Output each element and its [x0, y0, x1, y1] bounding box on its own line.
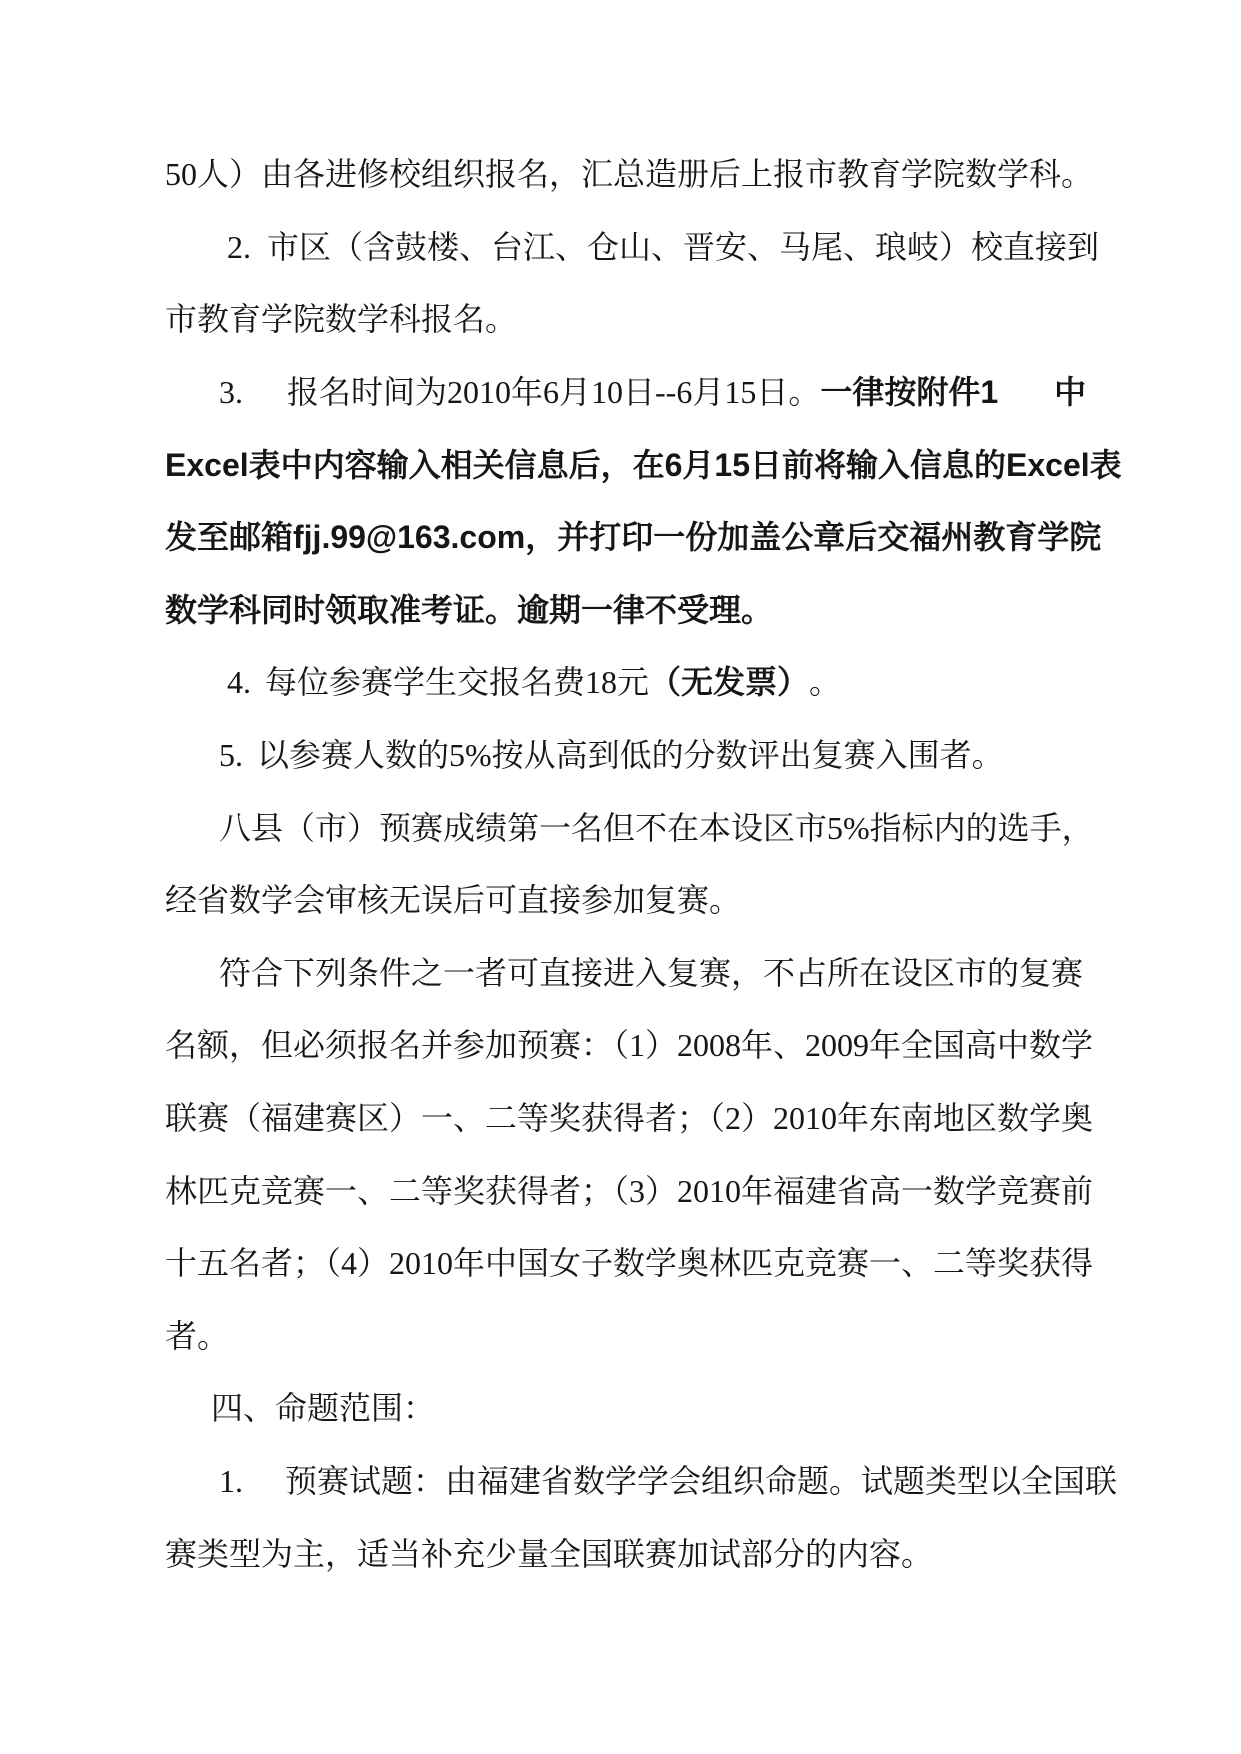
text-segment: 1. [219, 1465, 243, 1497]
text-line: 4.每位参赛学生交报名费18元（无发票）。 [165, 646, 1095, 719]
text-line: 符合下列条件之一者可直接进入复赛，不占所在设区市的复赛 [165, 937, 1095, 1010]
text-line: 数学科同时领取准考证。逾期一律不受理。 [165, 574, 1095, 647]
text-segment: 预赛试题：由福建省数学学会组织命题。试题类型以全国联 [285, 1465, 1117, 1497]
text-line: 八县（市）预赛成绩第一名但不在本设区市5%指标内的选手， [165, 791, 1095, 864]
text-segment: 符合下列条件之一者可直接进入复赛，不占所在设区市的复赛 [219, 957, 1083, 989]
text-segment: 以参赛人数的5%按从高到低的分数评出复赛入围者。 [257, 739, 1004, 771]
text-segment: 2. [227, 231, 251, 263]
text-line: Excel表中内容输入相关信息后，在6月15日前将输入信息的Excel表 [165, 428, 1095, 501]
text-segment: 赛类型为主，适当补充少量全国联赛加试部分的内容。 [165, 1538, 933, 1570]
text-segment: 十五名者；（4）2010年中国女子数学奥林匹克竞赛一、二等奖获得 [165, 1247, 1093, 1279]
text-segment: 八县（市）预赛成绩第一名但不在本设区市5%指标内的选手， [219, 812, 1094, 844]
text-line: 发至邮箱fjj.99@163.com，并打印一份加盖公章后交福州教育学院 [165, 501, 1095, 574]
text-line: 十五名者；（4）2010年中国女子数学奥林匹克竞赛一、二等奖获得 [165, 1227, 1095, 1300]
text-line: 市教育学院数学科报名。 [165, 283, 1095, 356]
text-line: 50人）由各进修校组织报名，汇总造册后上报市教育学院数学科。 [165, 138, 1095, 211]
text-line: 者。 [165, 1300, 1095, 1373]
document-page: 50人）由各进修校组织报名，汇总造册后上报市教育学院数学科。2.市区（含鼓楼、台… [0, 0, 1241, 1754]
text-line: 联赛（福建赛区）一、二等奖获得者；（2）2010年东南地区数学奥 [165, 1082, 1095, 1155]
text-segment: 联赛（福建赛区）一、二等奖获得者；（2）2010年东南地区数学奥 [165, 1102, 1093, 1134]
text-segment: 者。 [165, 1320, 229, 1352]
text-segment: 3. [219, 376, 243, 408]
text-segment: 经省数学会审核无误后可直接参加复赛。 [165, 884, 741, 916]
text-segment: 市区（含鼓楼、台江、仓山、晋安、马尾、琅岐）校直接到 [267, 231, 1099, 263]
text-segment: 报名时间为2010年6月10日--6月15日。 [287, 376, 820, 408]
text-line: 2.市区（含鼓楼、台江、仓山、晋安、马尾、琅岐）校直接到 [165, 211, 1095, 284]
text-segment: 5. [219, 739, 243, 771]
text-segment: 。 [809, 666, 841, 698]
text-segment: 林匹克竞赛一、二等奖获得者；（3）2010年福建省高一数学竞赛前 [165, 1175, 1093, 1207]
text-segment: 名额，但必须报名并参加预赛：（1）2008年、2009年全国高中数学 [165, 1029, 1093, 1061]
text-line: 林匹克竞赛一、二等奖获得者；（3）2010年福建省高一数学竞赛前 [165, 1154, 1095, 1227]
text-segment-bold: 中 [1054, 376, 1086, 408]
text-segment-bold: Excel表中内容输入相关信息后，在6月15日前将输入信息的Excel表 [165, 449, 1122, 481]
text-segment: 每位参赛学生交报名费18元 [265, 666, 649, 698]
document-body: 50人）由各进修校组织报名，汇总造册后上报市教育学院数学科。2.市区（含鼓楼、台… [165, 138, 1095, 1590]
text-segment-bold: 一律按附件1 [820, 376, 998, 408]
text-segment-bold: 发至邮箱fjj.99@163.com，并打印一份加盖公章后交福州教育学院 [165, 521, 1101, 553]
text-line: 5.以参赛人数的5%按从高到低的分数评出复赛入围者。 [165, 719, 1095, 792]
text-segment: 4. [227, 666, 251, 698]
text-line: 3.报名时间为2010年6月10日--6月15日。一律按附件1中 [165, 356, 1095, 429]
text-line: 1.预赛试题：由福建省数学学会组织命题。试题类型以全国联 [165, 1445, 1095, 1518]
text-segment-bold: 数学科同时领取准考证。逾期一律不受理。 [165, 594, 773, 626]
text-segment: 50人）由各进修校组织报名，汇总造册后上报市教育学院数学科。 [165, 158, 1093, 190]
text-line: 经省数学会审核无误后可直接参加复赛。 [165, 864, 1095, 937]
text-line: 名额，但必须报名并参加预赛：（1）2008年、2009年全国高中数学 [165, 1009, 1095, 1082]
text-segment: 四、命题范围： [211, 1392, 435, 1424]
text-line: 赛类型为主，适当补充少量全国联赛加试部分的内容。 [165, 1517, 1095, 1590]
text-segment: 市教育学院数学科报名。 [165, 303, 517, 335]
text-segment-bold: （无发票） [649, 666, 809, 698]
text-line: 四、命题范围： [165, 1372, 1095, 1445]
